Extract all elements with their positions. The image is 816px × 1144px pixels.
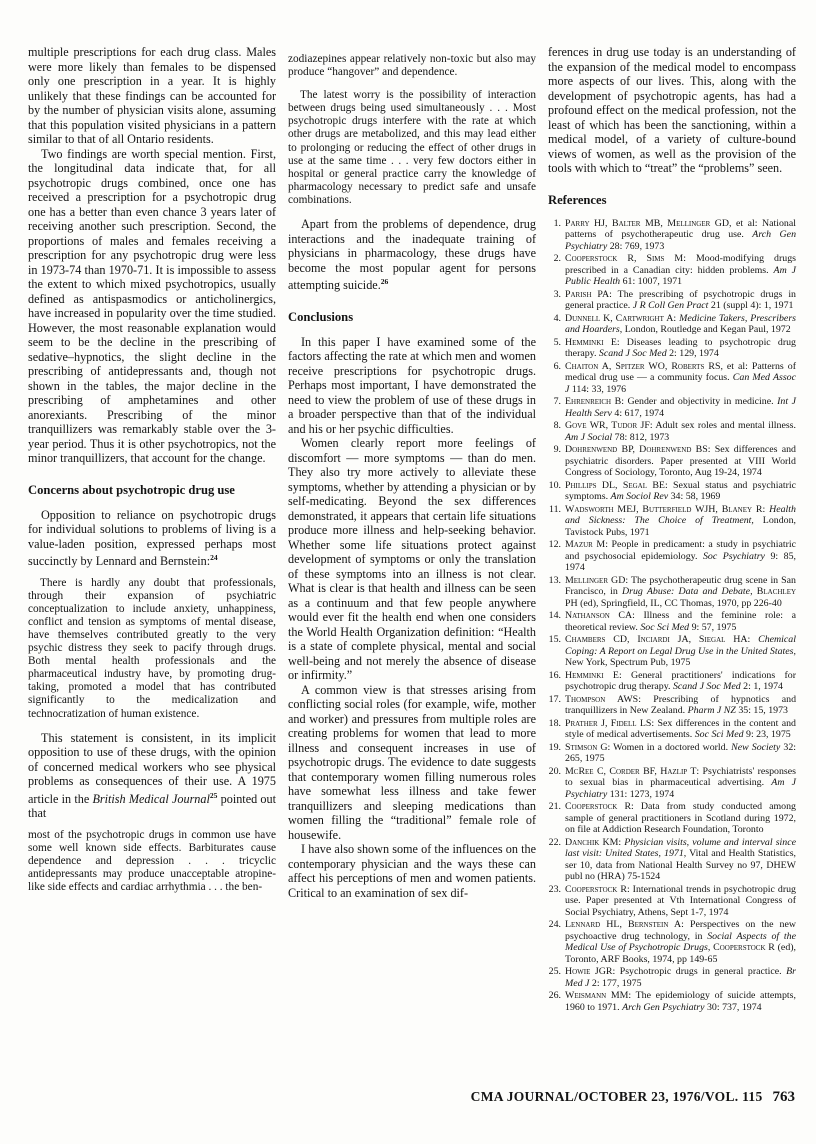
reference-number: 24. [548,919,565,965]
reference-item: 18.Prather J, Fidell LS: Sex differences… [548,718,796,741]
reference-text: Howie JGR: Psychotropic drugs in general… [565,966,796,989]
reference-text: Cooperstock R: International trends in p… [565,884,796,919]
reference-number: 17. [548,694,565,717]
reference-text: McRee C, Corder BF, Hazlip T: Psychiatri… [565,766,796,801]
section-heading: References [548,193,796,208]
reference-item: 20.McRee C, Corder BF, Hazlip T: Psychia… [548,766,796,801]
reference-text: Phillips DL, Segal BE: Sexual status and… [565,480,796,503]
reference-number: 4. [548,313,565,336]
block-quote: The latest worry is the possibility of i… [288,89,536,207]
reference-text: Parry HJ, Balter MB, Mellinger GD, et al… [565,218,796,253]
reference-text: Thompson AWS: Prescribing of hypnotics a… [565,694,796,717]
reference-number: 13. [548,575,565,610]
reference-item: 8.Gove WR, Tudor JF: Adult sex roles and… [548,420,796,443]
paragraph: This statement is consistent, in its imp… [28,731,276,821]
block-quote: zodiazepines appear relatively non-toxic… [288,53,536,79]
paragraph: Opposition to reliance on psychotropic d… [28,508,276,569]
reference-item: 21.Cooperstock R: Data from study conduc… [548,801,796,836]
reference-text: Mellinger GD: The psychotherapeutic drug… [565,575,796,610]
reference-item: 25.Howie JGR: Psychotropic drugs in gene… [548,966,796,989]
paragraph: Two findings are worth special mention. … [28,147,276,466]
reference-text: Chambers CD, Inciardi JA, Siegal HA: Che… [565,634,796,669]
reference-item: 7.Ehrenreich B: Gender and objectivity i… [548,396,796,419]
reference-item: 3.Parish PA: The prescribing of psychotr… [548,289,796,312]
reference-item: 10.Phillips DL, Segal BE: Sexual status … [548,480,796,503]
reference-text: Chaiton A, Spitzer WO, Roberts RS, et al… [565,361,796,396]
reference-item: 26.Weismann MM: The epidemiology of suic… [548,990,796,1013]
reference-item: 16.Hemminki E: General practitioners' in… [548,670,796,693]
journal-page: multiple prescriptions for each drug cla… [0,0,816,1144]
column-left: multiple prescriptions for each drug cla… [28,45,276,1014]
reference-item: 22.Danchik KM: Physician visits, volume … [548,837,796,883]
page-number: 763 [773,1089,796,1106]
reference-text: Prather J, Fidell LS: Sex differences in… [565,718,796,741]
reference-text: Danchik KM: Physician visits, volume and… [565,837,796,883]
reference-number: 12. [548,539,565,574]
reference-number: 15. [548,634,565,669]
reference-text: Parish PA: The prescribing of psychotrop… [565,289,796,312]
reference-text: Ehrenreich B: Gender and objectivity in … [565,396,796,419]
reference-item: 23.Cooperstock R: International trends i… [548,884,796,919]
journal-citation: CMA JOURNAL/OCTOBER 23, 1976/VOL. 115 [471,1089,763,1105]
reference-number: 18. [548,718,565,741]
reference-item: 12.Mazur M: People in predicament: a stu… [548,539,796,574]
reference-number: 3. [548,289,565,312]
reference-text: Cooperstock R: Data from study conducted… [565,801,796,836]
reference-number: 8. [548,420,565,443]
reference-item: 19.Stimson G: Women in a doctored world.… [548,742,796,765]
reference-number: 16. [548,670,565,693]
reference-text: Hemminki E: Diseases leading to psychotr… [565,337,796,360]
reference-list: 1.Parry HJ, Balter MB, Mellinger GD, et … [548,218,796,1014]
reference-item: 1.Parry HJ, Balter MB, Mellinger GD, et … [548,218,796,253]
column-middle: zodiazepines appear relatively non-toxic… [288,45,536,1014]
reference-text: Mazur M: People in predicament: a study … [565,539,796,574]
paragraph: Apart from the problems of dependence, d… [288,217,536,293]
reference-item: 2.Cooperstock R, Sims M: Mood-modifying … [548,253,796,288]
paragraph: multiple prescriptions for each drug cla… [28,45,276,147]
paragraph: I have also shown some of the influences… [288,842,536,900]
reference-number: 6. [548,361,565,396]
reference-number: 1. [548,218,565,253]
reference-item: 15.Chambers CD, Inciardi JA, Siegal HA: … [548,634,796,669]
reference-text: Wadsworth MEJ, Butterfield WJH, Blaney R… [565,504,796,539]
reference-number: 5. [548,337,565,360]
reference-number: 26. [548,990,565,1013]
page-footer: CMA JOURNAL/OCTOBER 23, 1976/VOL. 115 76… [471,1089,795,1106]
reference-item: 5.Hemminki E: Diseases leading to psycho… [548,337,796,360]
reference-item: 9.Dohrenwend BP, Dohrenwend BS: Sex diff… [548,444,796,479]
section-heading: Concerns about psychotropic drug use [28,483,276,498]
reference-item: 11.Wadsworth MEJ, Butterfield WJH, Blane… [548,504,796,539]
reference-item: 4.Dunnell K, Cartwright A: Medicine Take… [548,313,796,336]
block-quote: most of the psychotropic drugs in common… [28,829,276,894]
reference-number: 22. [548,837,565,883]
reference-text: Dunnell K, Cartwright A: Medicine Takers… [565,313,796,336]
reference-text: Dohrenwend BP, Dohrenwend BS: Sex differ… [565,444,796,479]
section-heading: Conclusions [288,310,536,325]
reference-number: 11. [548,504,565,539]
reference-item: 13.Mellinger GD: The psychotherapeutic d… [548,575,796,610]
reference-item: 6.Chaiton A, Spitzer WO, Roberts RS, et … [548,361,796,396]
reference-text: Hemminki E: General practitioners' indic… [565,670,796,693]
reference-number: 14. [548,610,565,633]
reference-number: 25. [548,966,565,989]
reference-number: 23. [548,884,565,919]
reference-text: Lennard HL, Bernstein A: Perspectives on… [565,919,796,965]
reference-number: 21. [548,801,565,836]
reference-item: 17.Thompson AWS: Prescribing of hypnotic… [548,694,796,717]
paragraph: A common view is that stresses arising f… [288,683,536,843]
paragraph: Women clearly report more feelings of di… [288,436,536,683]
reference-number: 9. [548,444,565,479]
reference-number: 19. [548,742,565,765]
reference-item: 14.Nathanson CA: Illness and the feminin… [548,610,796,633]
reference-item: 24.Lennard HL, Bernstein A: Perspectives… [548,919,796,965]
column-right: ferences in drug use today is an underst… [548,45,796,1014]
paragraph: ferences in drug use today is an underst… [548,45,796,176]
paragraph: In this paper I have examined some of th… [288,335,536,437]
reference-number: 7. [548,396,565,419]
reference-text: Stimson G: Women in a doctored world. Ne… [565,742,796,765]
reference-text: Gove WR, Tudor JF: Adult sex roles and m… [565,420,796,443]
reference-text: Weismann MM: The epidemiology of suicide… [565,990,796,1013]
reference-number: 10. [548,480,565,503]
reference-number: 20. [548,766,565,801]
reference-number: 2. [548,253,565,288]
reference-text: Cooperstock R, Sims M: Mood-modifying dr… [565,253,796,288]
article-columns: multiple prescriptions for each drug cla… [28,45,796,1014]
block-quote: There is hardly any doubt that professio… [28,577,276,721]
reference-text: Nathanson CA: Illness and the feminine r… [565,610,796,633]
